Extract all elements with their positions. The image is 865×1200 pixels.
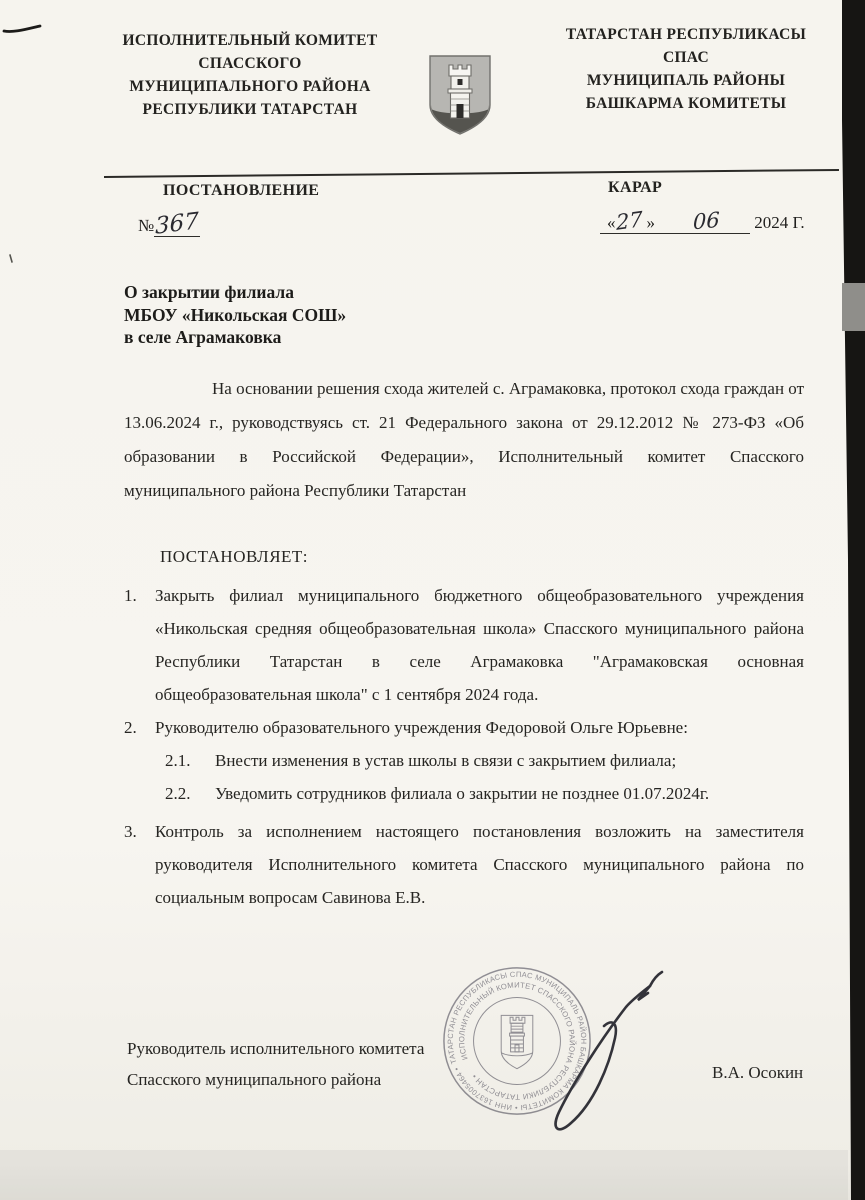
- letterhead-left: ИСПОЛНИТЕЛЬНЫЙ КОМИТЕТ СПАССКОГО МУНИЦИП…: [88, 29, 412, 121]
- handwritten-number: 367: [155, 210, 199, 238]
- letterhead-line: СПАС: [538, 46, 834, 69]
- letterhead-line: МУНИЦИПАЛЬ РАЙОНЫ: [538, 69, 834, 92]
- header-divider-line: [104, 169, 839, 178]
- item-text: Закрыть филиал муниципального бюджетного…: [155, 579, 804, 711]
- letterhead-line: ТАТАРСТАН РЕСПУБЛИКАСЫ: [538, 23, 834, 46]
- title-line: О закрытии филиала: [124, 281, 346, 304]
- letterhead-line: БАШКАРМА КОМИТЕТЫ: [538, 92, 834, 115]
- list-subitem: 2.1. Внести изменения в устав школы в св…: [165, 744, 804, 777]
- item-text: Руководителю образовательного учреждения…: [155, 711, 804, 744]
- intro-paragraph: На основании решения схода жителей с. Аг…: [124, 372, 804, 508]
- doc-type-tatar: КАРАР: [608, 179, 662, 197]
- close-quote: »: [646, 213, 655, 232]
- signer-name: В.А. Осокин: [712, 1063, 803, 1083]
- handwritten-month: 06: [692, 210, 719, 233]
- list-item: 2. Руководителю образовательного учрежде…: [124, 711, 804, 744]
- list-item: 3. Контроль за исполнением настоящего по…: [124, 815, 804, 914]
- handwritten-day: 27: [615, 209, 642, 234]
- title-line: МБОУ «Никольская СОШ»: [124, 304, 346, 327]
- resolves-heading: ПОСТАНОВЛЯЕТ:: [160, 547, 308, 567]
- item-text: Уведомить сотрудников филиала о закрытии…: [215, 777, 804, 810]
- letterhead-line: СПАССКОГО: [88, 52, 412, 75]
- item-number: 1.: [124, 579, 155, 612]
- handwritten-signature: [528, 958, 678, 1148]
- item-number: 2.: [124, 711, 155, 744]
- letterhead-right: ТАТАРСТАН РЕСПУБЛИКАСЫ СПАС МУНИЦИПАЛЬ Р…: [538, 23, 834, 115]
- item-number: 3.: [124, 815, 155, 848]
- signature-position: Руководитель исполнительного комитета Сп…: [127, 1033, 424, 1095]
- date-year: 2024 Г.: [754, 213, 804, 232]
- signature-position-line: Спасского муниципального района: [127, 1064, 424, 1095]
- letterhead-line: МУНИЦИПАЛЬНОГО РАЙОНА: [88, 75, 412, 98]
- letterhead-line: РЕСПУБЛИКИ ТАТАРСТАН: [88, 98, 412, 121]
- document-date-line: «27 »06 2024 Г.: [600, 211, 805, 234]
- date-month-blank: 06: [662, 211, 750, 234]
- signature-position-line: Руководитель исполнительного комитета: [127, 1033, 424, 1064]
- open-quote: «: [607, 213, 616, 232]
- resolution-list: 1. Закрыть филиал муниципального бюджетн…: [124, 579, 804, 914]
- list-subitem: 2.2. Уведомить сотрудников филиала о зак…: [165, 777, 804, 810]
- item-number: 2.1.: [165, 744, 215, 777]
- item-text: Контроль за исполнением настоящего поста…: [155, 815, 804, 914]
- item-text: Внести изменения в устав школы в связи с…: [215, 744, 804, 777]
- date-day-blank: «27 »: [600, 211, 662, 234]
- document-title: О закрытии филиала МБОУ «Никольская СОШ»…: [124, 281, 346, 349]
- scanned-document-page: ИСПОЛНИТЕЛЬНЫЙ КОМИТЕТ СПАССКОГО МУНИЦИП…: [0, 0, 865, 1200]
- number-label: №: [138, 216, 154, 235]
- doc-type-russian: ПОСТАНОВЛЕНИЕ: [163, 182, 319, 200]
- list-item: 1. Закрыть филиал муниципального бюджетн…: [124, 579, 804, 711]
- coat-of-arms-icon: [427, 53, 493, 137]
- letterhead-line: ИСПОЛНИТЕЛЬНЫЙ КОМИТЕТ: [88, 29, 412, 52]
- document-number-line: №367: [138, 213, 200, 237]
- item-number: 2.2.: [165, 777, 215, 810]
- number-blank: 367: [154, 213, 200, 237]
- title-line: в селе Аграмаковка: [124, 326, 346, 349]
